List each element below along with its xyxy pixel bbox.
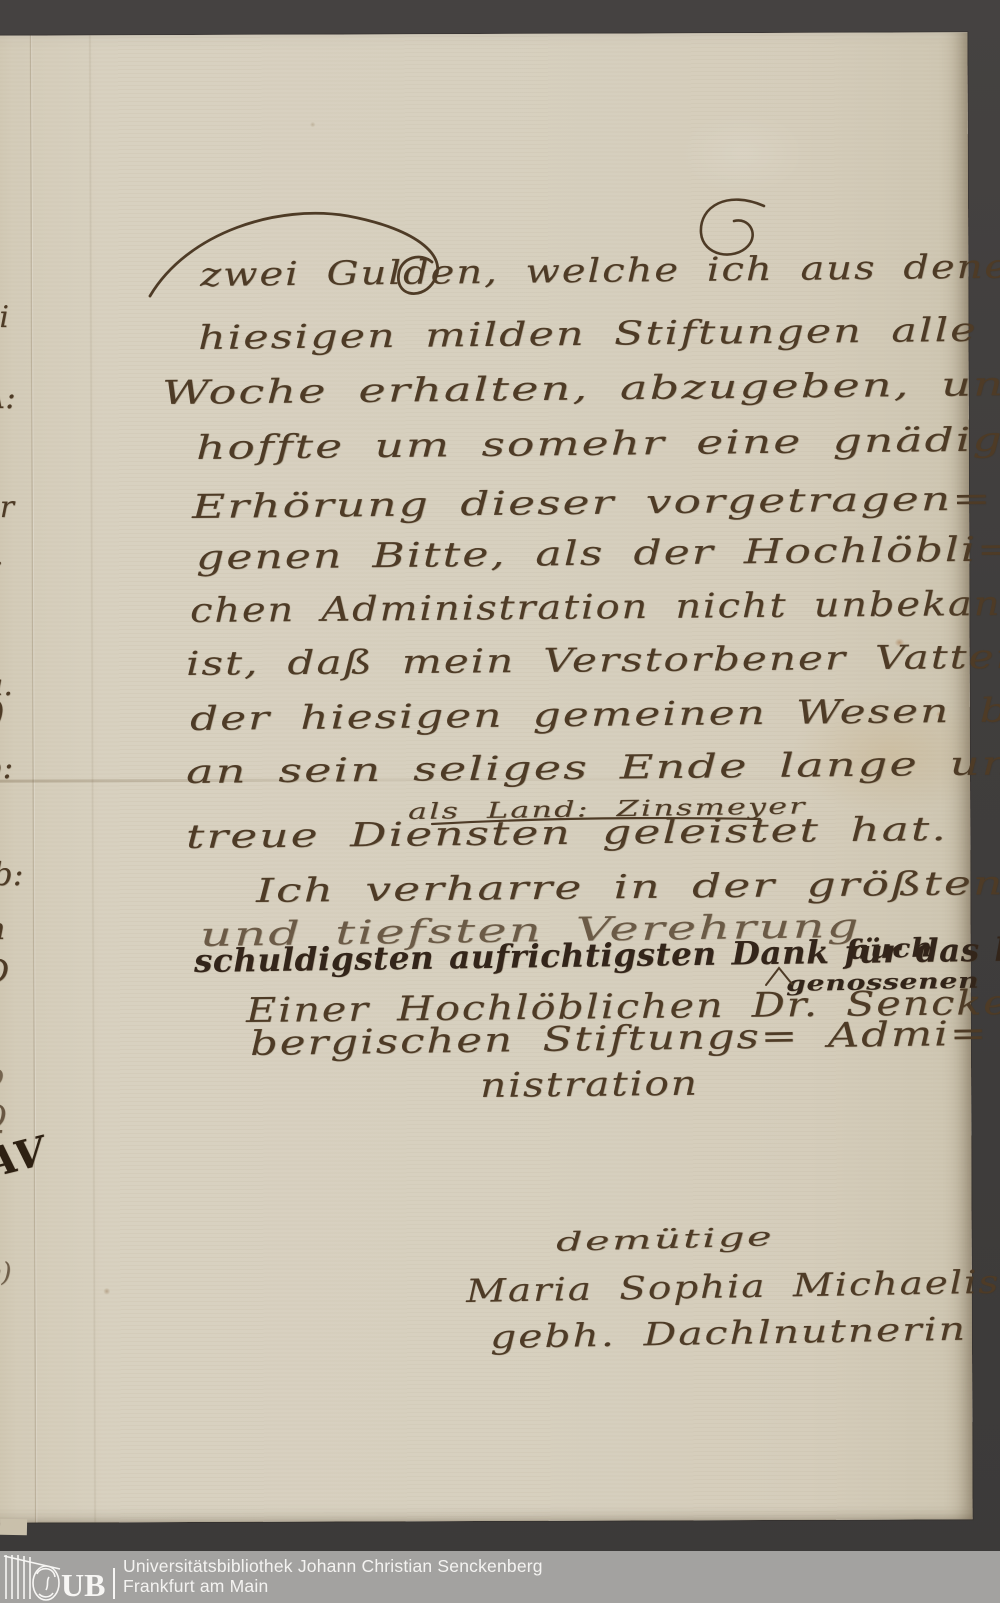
manuscript-line: hiesigen milden Stiftungen alle (198, 310, 978, 357)
library-name: Universitätsbibliothek Johann Christian … (123, 1557, 543, 1577)
goethe-hair-stroke (37, 1569, 55, 1577)
manuscript-line: nistration (480, 1064, 699, 1106)
signature-valediction: demütige (556, 1222, 775, 1258)
library-city: Frankfurt am Main (123, 1577, 543, 1597)
margin-fragment: er (0, 490, 14, 525)
under-sheet-corner (0, 1519, 27, 1536)
manuscript-line: zwei Gulden, welche ich aus denen (200, 246, 1000, 294)
margin-fragment: A: (0, 378, 16, 416)
goethe-collar-stroke (39, 1593, 53, 1597)
margin-fragment: b: (0, 748, 13, 786)
margin-fragment: o (0, 1058, 4, 1093)
manuscript-line: chen Administration nicht unbekannt (190, 584, 1000, 631)
margin-fragment: Q (0, 1098, 6, 1136)
manuscript-line: hoffte um somehr eine gnädige (196, 419, 1000, 467)
margin-fragment: D (0, 952, 9, 992)
manuscript-line: ist, daß mein Verstorbener Vatter (186, 637, 1000, 683)
margin-fragment: si (0, 300, 9, 335)
library-watermark-bar: UB Universitätsbibliothek Johann Christi… (0, 1551, 1000, 1603)
digitized-scan-page: { "manuscript": { "lines": [ "zwei Gulde… (0, 0, 1000, 1603)
logo-ub-text: UB (61, 1567, 105, 1602)
manuscript-line: Ich verharre in der größten (256, 863, 1000, 910)
goethe-portrait-outline (33, 1566, 59, 1600)
manuscript-line: genen Bitte, als der Hochlöbli= (196, 529, 1000, 578)
margin-fragment: lb: (0, 855, 24, 893)
ub-library-logo: UB (2, 1552, 120, 1602)
margin-fragment: ) (0, 694, 4, 732)
margin-fragment: : (0, 550, 3, 580)
manuscript-line: treue Diensten geleistet hat. (186, 809, 948, 856)
goethe-profile-stroke (46, 1577, 49, 1590)
margin-fragment: n (0, 912, 5, 947)
margin-fragment: e) (0, 1258, 12, 1288)
